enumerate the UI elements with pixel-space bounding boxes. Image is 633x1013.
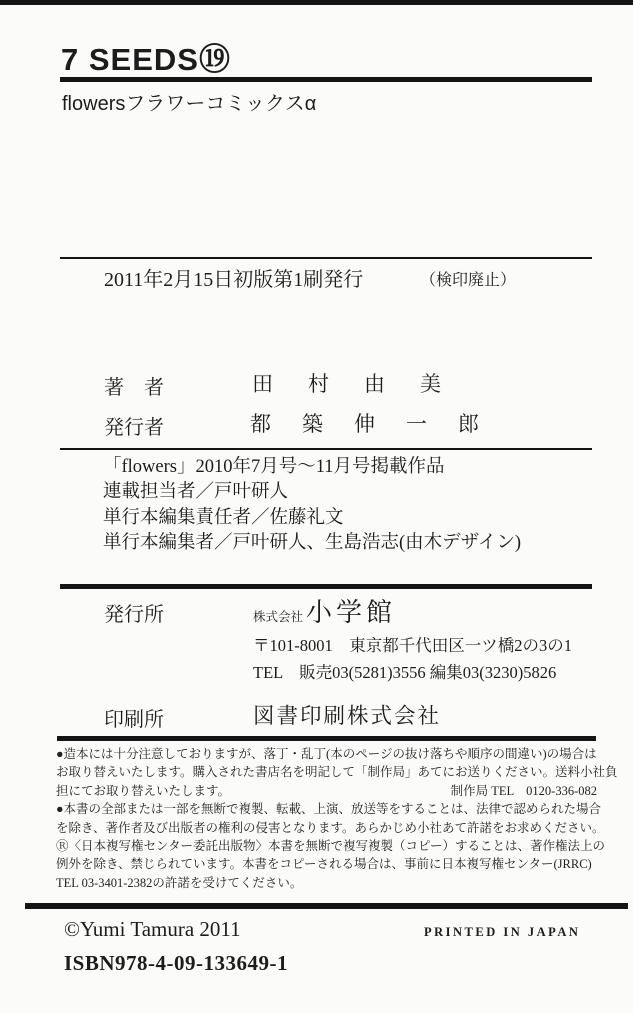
notice-line: TEL 03-3401-2382の許諾を受けてください。 xyxy=(56,874,597,892)
notice-line: お取り替えいたします。購入された書店名を明記して「制作局」あてにお送りください。… xyxy=(56,763,597,781)
publisher-name: 小学館 xyxy=(306,592,396,629)
notice-line: ●本書の全部または一部を無断で複製、転載、上演、放送等をすることは、法律で認めら… xyxy=(56,800,597,818)
footer-rule xyxy=(25,903,628,909)
publisher-corp-prefix: 株式会社 xyxy=(253,607,303,625)
legal-notices: ●造本には十分注意しておりますが、落丁・乱丁(本のページの抜け落ちや順序の間違い… xyxy=(56,745,597,892)
book-title: 7 SEEDS⑲ xyxy=(61,34,231,79)
serialization-line: 「flowers」2010年7月号～11月号掲載作品 xyxy=(103,455,521,480)
colophon-page: 7 SEEDS⑲ flowersフラワーコミックスα 2011年2月15日初版第… xyxy=(0,0,633,1013)
printer-label: 印刷所 xyxy=(104,703,164,732)
serialization-line: 連載担当者／戸叶研人 xyxy=(103,480,521,505)
notice-line: ●造本には十分注意しておりますが、落丁・乱丁(本のページの抜け落ちや順序の間違い… xyxy=(56,745,597,763)
copyright-notice: ©Yumi Tamura 2011 xyxy=(64,917,241,942)
author-label: 著 者 xyxy=(104,371,164,400)
notice-line: を除き、著作者及び出版者の権利の侵害となります。あらかじめ小社あて許諾をお求めく… xyxy=(56,819,597,837)
isbn-number: ISBN978-4-09-133649-1 xyxy=(64,951,288,976)
edition-date: 2011年2月15日初版第1刷発行 xyxy=(104,263,363,292)
production-bureau-tel: 制作局 TEL 0120-336-082 xyxy=(451,782,597,800)
publisher-section-rule xyxy=(60,584,592,589)
page-top-edge-rule xyxy=(0,0,633,5)
edition-section-rule xyxy=(60,257,592,259)
publisher-person-label: 発行者 xyxy=(104,411,164,440)
notice-line: 例外を除き、禁じられています。本書をコピーされる場合は、事前に日本複写権センター… xyxy=(56,855,597,873)
publisher-person-name: 都 築 伸 一 郎 xyxy=(250,408,484,438)
publisher-tel: TEL 販売03(5281)3556 編集03(3230)5826 xyxy=(253,659,556,683)
publisher-label: 発行所 xyxy=(104,598,164,627)
imprint-line: flowersフラワーコミックスα xyxy=(62,87,316,116)
serialization-section-rule xyxy=(60,448,592,450)
serialization-info: 「flowers」2010年7月号～11月号掲載作品 連載担当者／戸叶研人 単行… xyxy=(103,455,521,557)
notices-top-rule xyxy=(57,736,596,741)
printed-in-japan-label: PRINTED IN JAPAN xyxy=(424,925,580,940)
title-rule xyxy=(60,77,592,82)
notice-line: 担にてお取り替えいたします。制作局 TEL 0120-336-082 xyxy=(56,782,597,800)
seal-abolition-note: （検印廃止） xyxy=(420,267,516,290)
author-name: 田 村 由 美 xyxy=(252,368,448,398)
printer-name: 図書印刷株式会社 xyxy=(253,699,441,730)
serialization-line: 単行本編集者／戸叶研人、生島浩志(由木デザイン) xyxy=(103,531,521,556)
publisher-address: 〒101-8001 東京都千代田区一ツ橋2の3の1 xyxy=(253,632,572,656)
serialization-line: 単行本編集責任者／佐藤礼文 xyxy=(103,506,521,531)
notice-line: Ⓡ〈日本複写権センター委託出版物〉本書を無断で複写複製（コピー）することは、著作… xyxy=(56,837,597,855)
